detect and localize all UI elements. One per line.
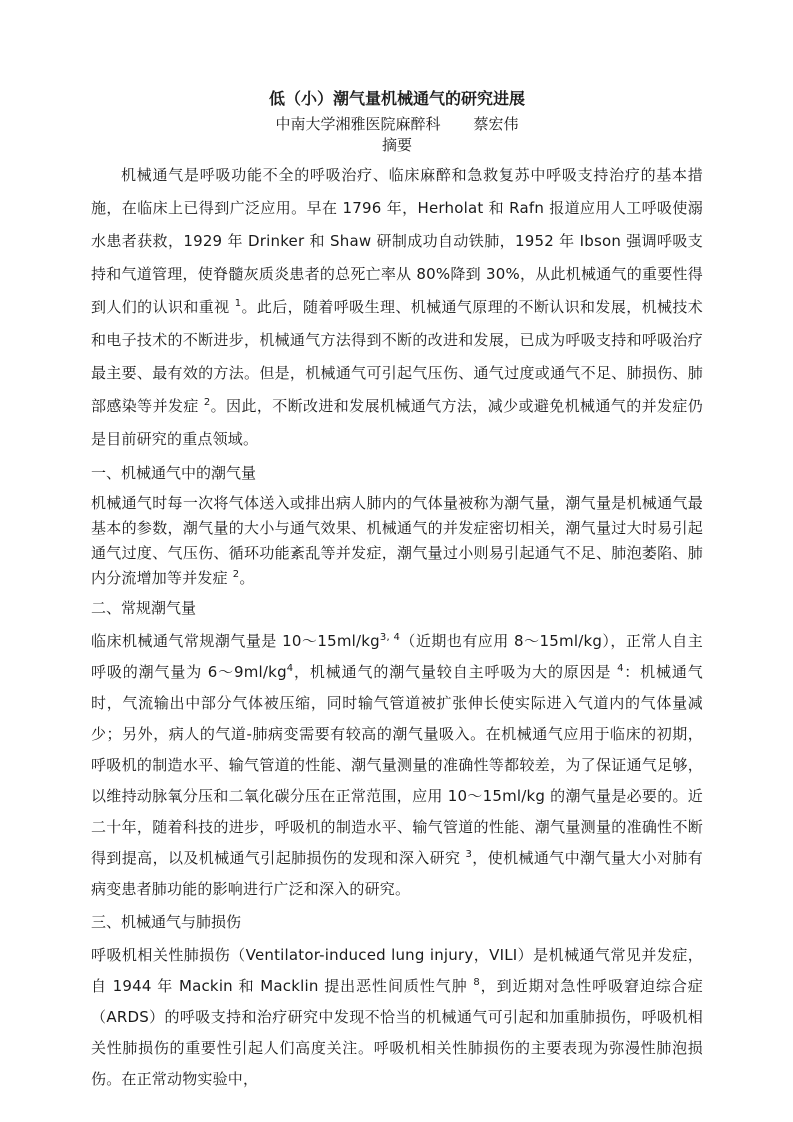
document-content: 低（小）潮气量机械通气的研究进展 中南大学湘雅医院麻醉科蔡宏伟 摘要 机械通气是… — [91, 88, 703, 1095]
superscript-reference: 3 — [466, 849, 473, 860]
author-name: 蔡宏伟 — [474, 115, 519, 133]
document-page: 低（小）潮气量机械通气的研究进展 中南大学湘雅医院麻醉科蔡宏伟 摘要 机械通气是… — [0, 0, 793, 1122]
superscript-reference: 3, 4 — [380, 632, 400, 643]
document-body: 机械通气是呼吸功能不全的呼吸治疗、临床麻醉和急救复苏中呼吸支持治疗的基本措施，在… — [91, 159, 703, 1095]
superscript-reference: 2 — [204, 397, 211, 408]
paragraph: 临床机械通气常规潮气量是 10～15ml/kg3, 4（近期也有应用 8～15m… — [91, 626, 703, 905]
superscript-reference: 1 — [235, 298, 242, 309]
superscript-reference: 2 — [233, 569, 240, 580]
section-heading: 二、常规潮气量 — [91, 597, 703, 620]
affiliation: 中南大学湘雅医院麻醉科 — [275, 115, 440, 133]
section-heading: 一、机械通气中的潮气量 — [91, 462, 703, 485]
paragraph: 机械通气时每一次将气体送入或排出病人肺内的气体量被称为潮气量，潮气量是机械通气最… — [91, 491, 703, 591]
paragraph: 机械通气是呼吸功能不全的呼吸治疗、临床麻醉和急救复苏中呼吸支持治疗的基本措施，在… — [91, 159, 703, 456]
abstract-label: 摘要 — [91, 135, 703, 156]
superscript-reference: 4 — [287, 663, 294, 674]
section-heading: 三、机械通气与肺损伤 — [91, 911, 703, 934]
paragraph: 呼吸机相关性肺损伤（Ventilator-induced lung injury… — [91, 940, 703, 1095]
superscript-reference: 8 — [473, 977, 480, 988]
byline: 中南大学湘雅医院麻醉科蔡宏伟 — [91, 113, 703, 135]
page-title: 低（小）潮气量机械通气的研究进展 — [91, 88, 703, 110]
superscript-reference: 4 — [617, 663, 624, 674]
